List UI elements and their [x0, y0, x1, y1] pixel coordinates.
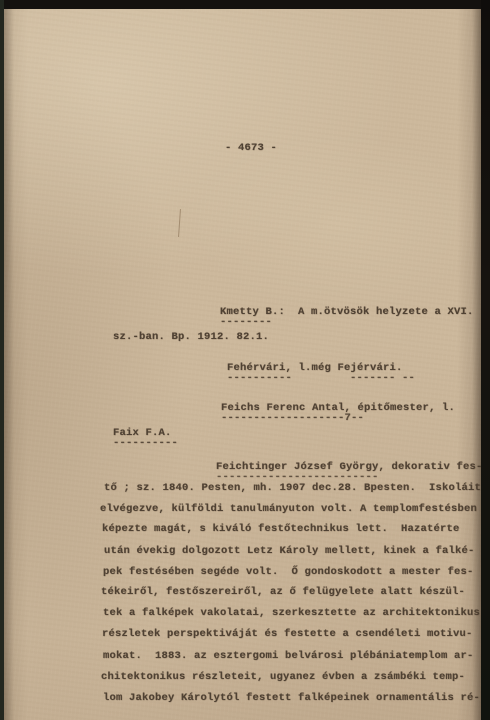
entry-kmetty-underline: --------	[220, 316, 272, 329]
scanned-document-page: - 4673 - Kmetty B.: A m.ötvösök helyzete…	[0, 0, 490, 720]
biography-line: tő ; sz. 1840. Pesten, mh. 1907 dec.28. …	[104, 482, 481, 495]
paper-scratch-mark	[178, 209, 181, 237]
biography-line: tékeiről, festőszereiről, az ő felügyele…	[101, 586, 465, 599]
biography-line: lom Jakobey Károlytól festett falképeine…	[103, 692, 480, 705]
biography-line: chitektonikus részleteit, ugyanez évben …	[101, 671, 465, 684]
biography-line: után évekig dolgozott Letz Károly mellet…	[104, 545, 475, 558]
entry-feichs-underline: -------------------7--	[221, 412, 364, 425]
biography-line: részletek perspektiváját és festette a c…	[102, 628, 473, 641]
scan-edge-right	[481, 0, 490, 720]
paper-left-edge-shadow	[4, 9, 14, 720]
entry-kmetty-line2: sz.-ban. Bp. 1912. 82.1.	[113, 331, 269, 344]
biography-line: pek festésében segéde volt. Ő gondoskodo…	[103, 566, 474, 579]
scan-edge-top	[0, 0, 490, 9]
biography-line: mokat. 1883. az esztergomi belvárosi plé…	[103, 650, 474, 663]
page-number: - 4673 -	[225, 142, 277, 155]
biography-line: tek a falképek vakolatai, szerkesztette …	[103, 607, 480, 620]
scan-edge-left	[0, 0, 4, 720]
entry-faix-underline: ----------	[113, 437, 178, 450]
biography-line: elvégezve, külföldi tanulmányuton volt. …	[100, 503, 477, 516]
entry-fejervari-underline: ------- --	[350, 372, 415, 385]
biography-line: képezte magát, s kiváló festőtechnikus l…	[102, 523, 460, 536]
entry-fehervari-underline: ----------	[227, 372, 292, 385]
